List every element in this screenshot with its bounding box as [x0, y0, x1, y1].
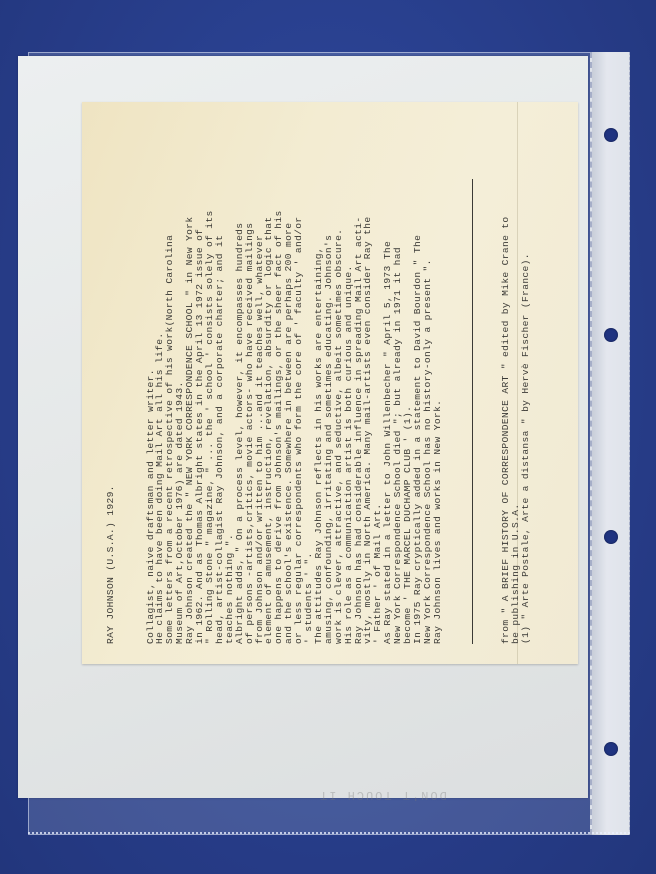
body-line: of persons -artists,critics, movie actor… [245, 114, 255, 644]
typewritten-page: RAY JOHNSON (U.S.A.) 1929. Collagist, na… [82, 102, 578, 664]
document-title: RAY JOHNSON (U.S.A.) 1929. [106, 114, 116, 644]
footnote-line: (1) " Arte Postale, Arte a distansa " by… [521, 114, 531, 644]
binder-strip [590, 52, 630, 835]
body-line: Ray Johnson lives and works in New York. [433, 114, 443, 644]
body-text: Collagist, naive draftsman and letter wr… [146, 114, 443, 644]
binder-hole [604, 742, 618, 756]
footnote-text: from " A BRIEF HISTORY OF CORRESPONDENCE… [501, 114, 531, 644]
binder-hole [604, 530, 618, 544]
typed-text: RAY JOHNSON (U.S.A.) 1929. Collagist, na… [86, 114, 551, 644]
showthrough-text: DON'T TOUCH IT [318, 788, 447, 802]
binder-hole [604, 328, 618, 342]
footnote-rule [472, 179, 473, 644]
binder-hole [604, 128, 618, 142]
rotated-text-frame: RAY JOHNSON (U.S.A.) 1929. Collagist, na… [82, 102, 578, 664]
sleeve-perforated-edge [28, 826, 630, 834]
